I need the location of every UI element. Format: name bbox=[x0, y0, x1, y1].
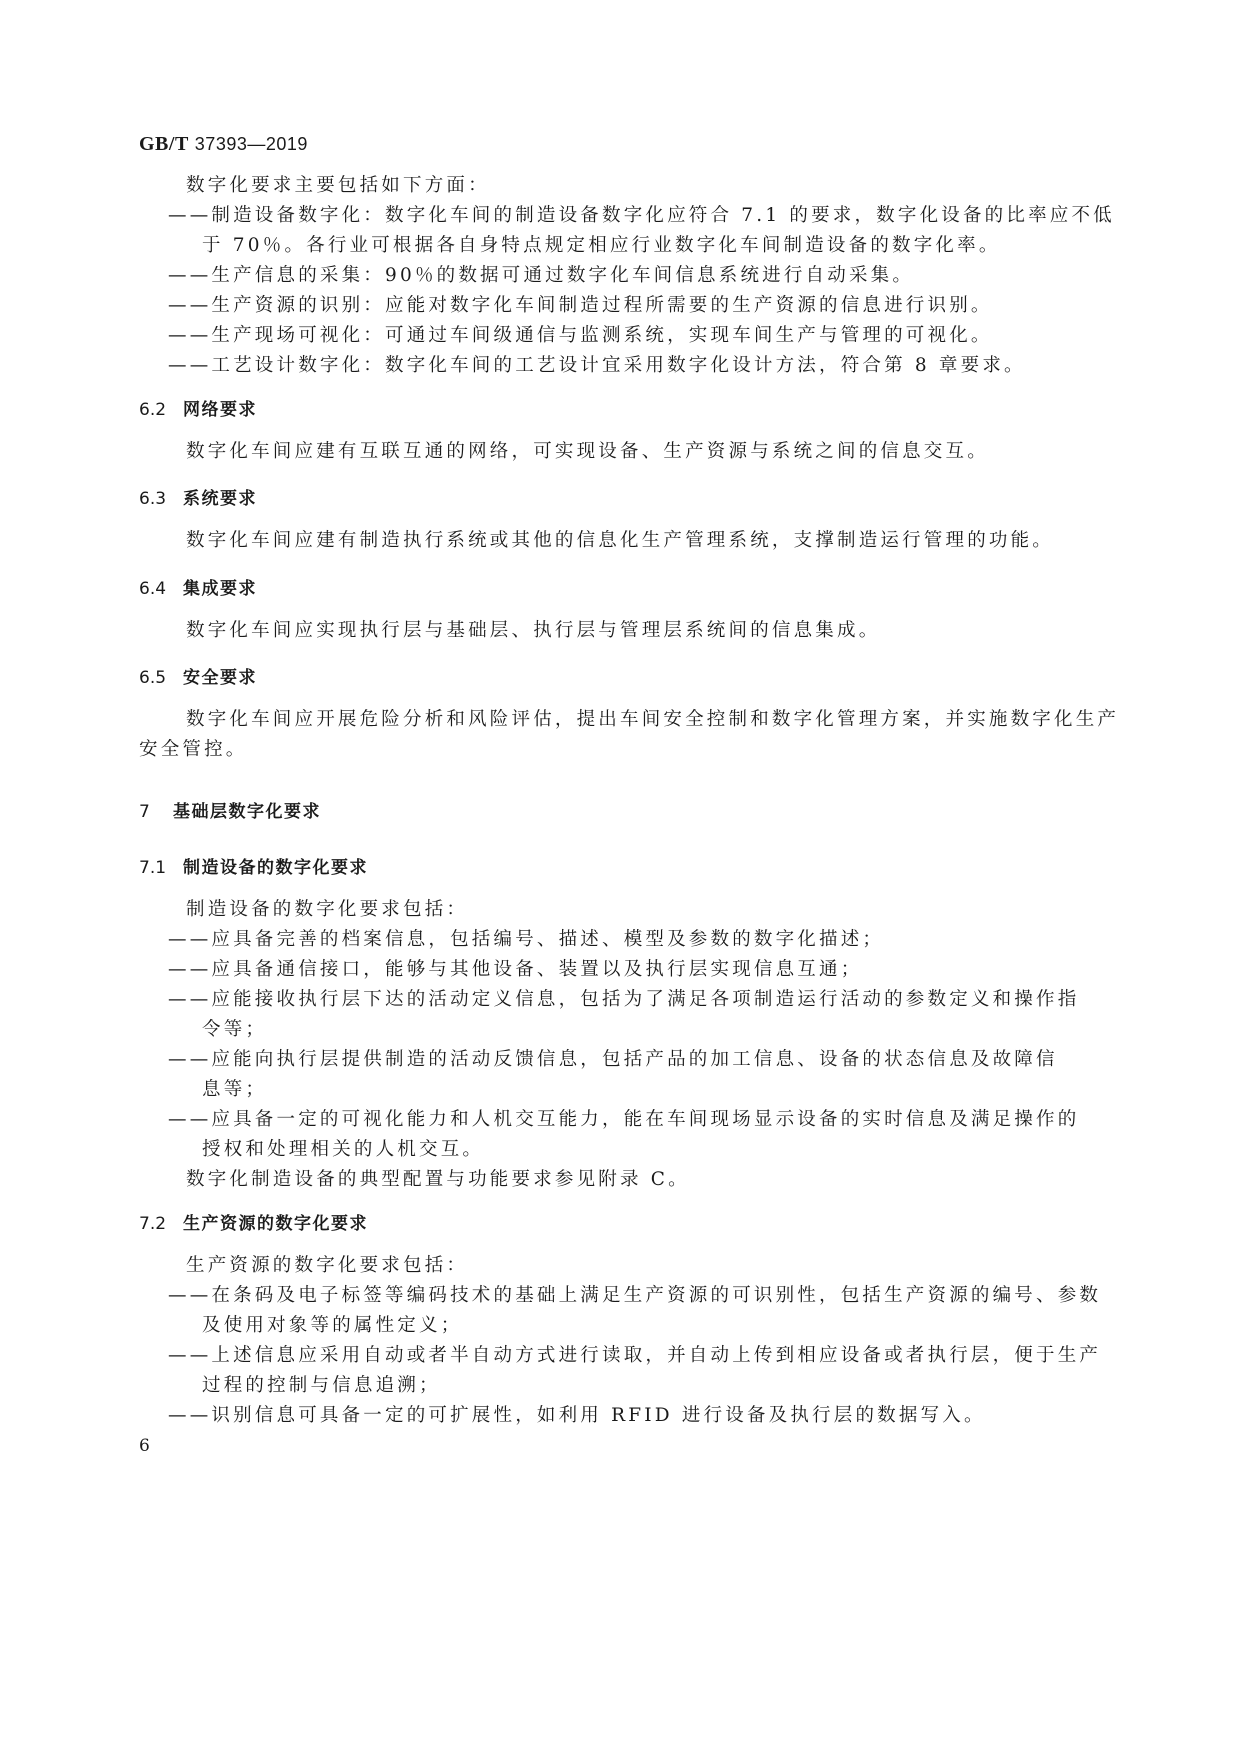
paragraph-note: 数字化制造设备的典型配置与功能要求参见附录 C。 bbox=[186, 1168, 690, 1192]
section-title: 生产资源的数字化要求 bbox=[183, 1214, 368, 1234]
standard-number: 37393—2019 bbox=[195, 134, 308, 154]
chapter-heading-7: 7基础层数字化要求 bbox=[139, 800, 321, 824]
section-body: 数字化车间应开展危险分析和风险评估，提出车间安全控制和数字化管理方案，并实施数字… bbox=[186, 708, 1119, 732]
chapter-number: 7 bbox=[139, 800, 173, 824]
section-heading-6-5: 6.5安全要求 bbox=[139, 666, 257, 690]
section-number: 6.2 bbox=[139, 398, 183, 422]
list-item: ——应具备一定的可视化能力和人机交互能力，能在车间现场显示设备的实时信息及满足操… bbox=[168, 1108, 1079, 1132]
section-number: 7.2 bbox=[139, 1212, 183, 1236]
section-number: 6.4 bbox=[139, 577, 183, 601]
section-heading-6-2: 6.2网络要求 bbox=[139, 398, 257, 422]
list-item: ——制造设备数字化：数字化车间的制造设备数字化应符合 7.1 的要求，数字化设备… bbox=[168, 204, 1115, 228]
list-item: ——在条码及电子标签等编码技术的基础上满足生产资源的可识别性，包括生产资源的编号… bbox=[168, 1284, 1101, 1308]
paragraph-intro: 生产资源的数字化要求包括： bbox=[186, 1254, 468, 1278]
section-heading-7-2: 7.2生产资源的数字化要求 bbox=[139, 1212, 368, 1236]
document-page: GB/T37393—2019 数字化要求主要包括如下方面： ——制造设备数字化：… bbox=[0, 0, 1240, 1755]
section-title: 集成要求 bbox=[183, 579, 257, 599]
section-heading-7-1: 7.1制造设备的数字化要求 bbox=[139, 856, 368, 880]
section-body: 数字化车间应建有制造执行系统或其他的信息化生产管理系统，支撑制造运行管理的功能。 bbox=[186, 529, 1054, 553]
list-item-continuation: 过程的控制与信息追溯； bbox=[202, 1374, 441, 1398]
list-item: ——应能向执行层提供制造的活动反馈信息，包括产品的加工信息、设备的状态信息及故障… bbox=[168, 1048, 1058, 1072]
chapter-title: 基础层数字化要求 bbox=[173, 802, 321, 822]
section-number: 7.1 bbox=[139, 856, 183, 880]
list-item-continuation: 息等； bbox=[202, 1078, 267, 1102]
list-item: ——生产资源的识别：应能对数字化车间制造过程所需要的生产资源的信息进行识别。 bbox=[168, 294, 993, 318]
standard-prefix: GB/T bbox=[139, 133, 189, 155]
list-item: ——应具备完善的档案信息，包括编号、描述、模型及参数的数字化描述； bbox=[168, 928, 884, 952]
section-body: 数字化车间应实现执行层与基础层、执行层与管理层系统间的信息集成。 bbox=[186, 619, 880, 643]
section-title: 制造设备的数字化要求 bbox=[183, 858, 368, 878]
section-heading-6-4: 6.4集成要求 bbox=[139, 577, 257, 601]
list-item: ——生产现场可视化：可通过车间级通信与监测系统，实现车间生产与管理的可视化。 bbox=[168, 324, 993, 348]
section-body: 数字化车间应建有互联互通的网络，可实现设备、生产资源与系统之间的信息交互。 bbox=[186, 440, 989, 464]
section-body-continuation: 安全管控。 bbox=[139, 738, 248, 762]
list-item-continuation: 于 70％。各行业可根据各自身特点规定相应行业数字化车间制造设备的数字化率。 bbox=[202, 234, 1001, 258]
list-item: ——应能接收执行层下达的活动定义信息，包括为了满足各项制造运行活动的参数定义和操… bbox=[168, 988, 1079, 1012]
list-item: ——识别信息可具备一定的可扩展性，如利用 RFID 进行设备及执行层的数据写入。 bbox=[168, 1404, 986, 1428]
list-item: ——生产信息的采集：90％的数据可通过数字化车间信息系统进行自动采集。 bbox=[168, 264, 914, 288]
section-title: 网络要求 bbox=[183, 400, 257, 420]
section-heading-6-3: 6.3系统要求 bbox=[139, 487, 257, 511]
list-item-continuation: 授权和处理相关的人机交互。 bbox=[202, 1138, 484, 1162]
list-item: ——应具备通信接口，能够与其他设备、装置以及执行层实现信息互通； bbox=[168, 958, 862, 982]
paragraph-intro: 数字化要求主要包括如下方面： bbox=[186, 174, 490, 198]
paragraph-intro: 制造设备的数字化要求包括： bbox=[186, 898, 468, 922]
page-number: 6 bbox=[139, 1436, 150, 1456]
section-number: 6.5 bbox=[139, 666, 183, 690]
standard-code-header: GB/T37393—2019 bbox=[139, 133, 308, 156]
section-number: 6.3 bbox=[139, 487, 183, 511]
list-item: ——工艺设计数字化：数字化车间的工艺设计宜采用数字化设计方法，符合第 8 章要求… bbox=[168, 354, 1026, 378]
list-item: ——上述信息应采用自动或者半自动方式进行读取，并自动上传到相应设备或者执行层，便… bbox=[168, 1344, 1101, 1368]
section-title: 安全要求 bbox=[183, 668, 257, 688]
list-item-continuation: 及使用对象等的属性定义； bbox=[202, 1314, 462, 1338]
list-item-continuation: 令等； bbox=[202, 1018, 267, 1042]
section-title: 系统要求 bbox=[183, 489, 257, 509]
